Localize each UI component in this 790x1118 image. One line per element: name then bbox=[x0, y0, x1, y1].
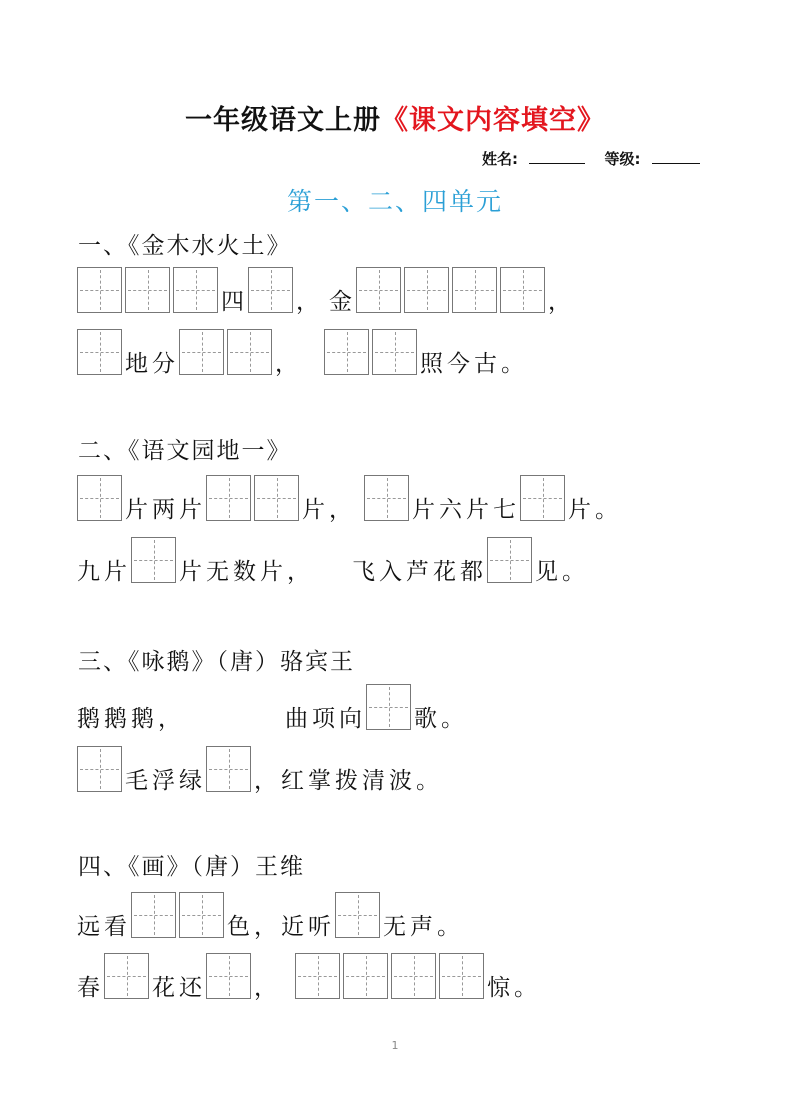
tianzige-answer-box[interactable] bbox=[391, 953, 436, 999]
poem-text: 片， bbox=[302, 496, 356, 524]
grade-field[interactable] bbox=[652, 151, 700, 164]
tianzige-answer-box[interactable] bbox=[206, 953, 251, 999]
tianzige-answer-box[interactable] bbox=[487, 537, 532, 583]
poem-text: 见。 bbox=[535, 558, 589, 586]
fill-in-line: 地分，照今古。 bbox=[77, 327, 528, 375]
tianzige-answer-box[interactable] bbox=[343, 953, 388, 999]
poem-text: 鹅鹅鹅， bbox=[77, 705, 185, 733]
poem-text: 春 bbox=[77, 974, 104, 1002]
poem-text: ， bbox=[275, 350, 302, 378]
worksheet-title: 一年级语文上册《课文内容填空》 bbox=[0, 98, 790, 137]
poem-text: 色， bbox=[227, 913, 281, 941]
poem-text: 地分 bbox=[125, 350, 179, 378]
tianzige-answer-box[interactable] bbox=[131, 892, 176, 938]
poem-text: ， bbox=[296, 288, 323, 316]
fill-in-line: 片两片片，片六片七片。 bbox=[77, 473, 622, 521]
fill-in-line: 远看色，近听无声。 bbox=[77, 890, 464, 938]
tianzige-answer-box[interactable] bbox=[254, 475, 299, 521]
poem-text: 九片 bbox=[77, 558, 131, 586]
tianzige-answer-box[interactable] bbox=[131, 537, 176, 583]
tianzige-answer-box[interactable] bbox=[227, 329, 272, 375]
page-number: 1 bbox=[0, 1039, 790, 1052]
poem-text: 片六片七 bbox=[412, 496, 520, 524]
tianzige-answer-box[interactable] bbox=[104, 953, 149, 999]
poem-text: 远看 bbox=[77, 913, 131, 941]
unit-heading: 第一、二、四单元 bbox=[0, 182, 790, 218]
tianzige-answer-box[interactable] bbox=[452, 267, 497, 313]
student-info: 姓名: 等级: bbox=[482, 148, 700, 169]
tianzige-answer-box[interactable] bbox=[372, 329, 417, 375]
fill-in-line: 鹅鹅鹅，曲项向歌。 bbox=[77, 682, 468, 730]
poem-text: 飞入芦花都 bbox=[352, 558, 487, 586]
tianzige-answer-box[interactable] bbox=[500, 267, 545, 313]
poem-text: 片无数片， bbox=[179, 558, 314, 586]
tianzige-answer-box[interactable] bbox=[206, 475, 251, 521]
tianzige-answer-box[interactable] bbox=[356, 267, 401, 313]
poem-text: 近听 bbox=[281, 913, 335, 941]
tianzige-answer-box[interactable] bbox=[248, 267, 293, 313]
title-prefix: 一年级语文上册 bbox=[185, 105, 381, 136]
tianzige-answer-box[interactable] bbox=[335, 892, 380, 938]
poem-text: ， bbox=[254, 974, 281, 1002]
fill-in-line: 毛浮绿，红掌拨清波。 bbox=[77, 744, 443, 792]
section-heading: 三、《咏鹅》（唐）骆宾王 bbox=[78, 643, 355, 676]
poem-text: 片。 bbox=[568, 496, 622, 524]
tianzige-answer-box[interactable] bbox=[179, 329, 224, 375]
tianzige-answer-box[interactable] bbox=[404, 267, 449, 313]
poem-text: 片两片 bbox=[125, 496, 206, 524]
section-heading: 四、《画》（唐）王维 bbox=[78, 848, 305, 881]
tianzige-answer-box[interactable] bbox=[77, 475, 122, 521]
tianzige-answer-box[interactable] bbox=[77, 329, 122, 375]
fill-in-line: 九片片无数片，飞入芦花都见。 bbox=[77, 535, 589, 583]
poem-text: 金 bbox=[329, 288, 356, 316]
title-highlight: 《课文内容填空》 bbox=[381, 105, 605, 136]
tianzige-answer-box[interactable] bbox=[520, 475, 565, 521]
poem-text: ，红掌拨清波。 bbox=[254, 767, 443, 795]
poem-text: 无声。 bbox=[383, 913, 464, 941]
tianzige-answer-box[interactable] bbox=[439, 953, 484, 999]
poem-text: 歌。 bbox=[414, 705, 468, 733]
poem-text: 四 bbox=[221, 288, 248, 316]
tianzige-answer-box[interactable] bbox=[173, 267, 218, 313]
name-field[interactable] bbox=[529, 151, 585, 164]
poem-text: 曲项向 bbox=[285, 705, 366, 733]
poem-text: 花还 bbox=[152, 974, 206, 1002]
poem-text: 毛浮绿 bbox=[125, 767, 206, 795]
tianzige-answer-box[interactable] bbox=[77, 746, 122, 792]
tianzige-answer-box[interactable] bbox=[324, 329, 369, 375]
tianzige-answer-box[interactable] bbox=[364, 475, 409, 521]
tianzige-answer-box[interactable] bbox=[179, 892, 224, 938]
poem-text: 惊。 bbox=[487, 974, 541, 1002]
section-heading: 一、《金木水火土》 bbox=[78, 227, 292, 260]
tianzige-answer-box[interactable] bbox=[366, 684, 411, 730]
poem-text: 照今古。 bbox=[420, 350, 528, 378]
tianzige-answer-box[interactable] bbox=[77, 267, 122, 313]
fill-in-line: 春花还，惊。 bbox=[77, 951, 541, 999]
tianzige-answer-box[interactable] bbox=[295, 953, 340, 999]
fill-in-line: 四，金， bbox=[77, 265, 575, 313]
poem-text: ， bbox=[548, 288, 575, 316]
tianzige-answer-box[interactable] bbox=[206, 746, 251, 792]
tianzige-answer-box[interactable] bbox=[125, 267, 170, 313]
grade-label: 等级: bbox=[604, 150, 640, 168]
name-label: 姓名: bbox=[482, 150, 518, 168]
section-heading: 二、《语文园地一》 bbox=[78, 432, 292, 465]
